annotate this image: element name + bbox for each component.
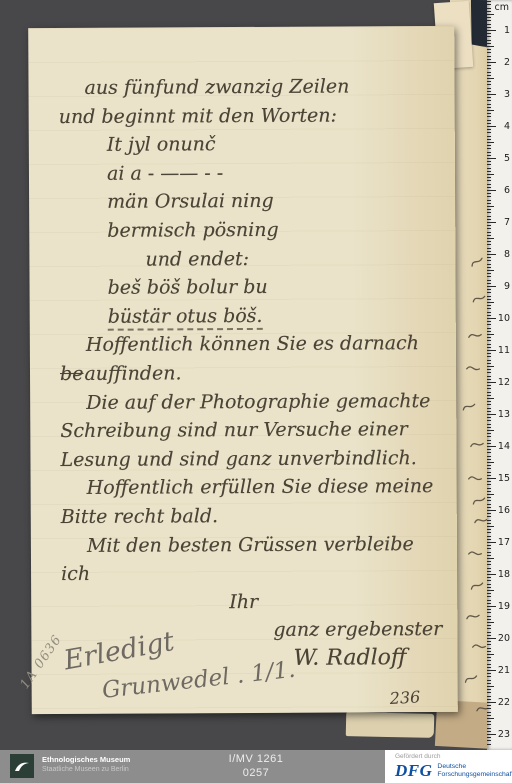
ruler-tick [487,648,491,649]
ruler-number-19: 19 [496,601,510,612]
ruler-tick [487,289,491,290]
ruler-tick [487,308,491,309]
ruler-tick [487,494,494,495]
ruler-tick [487,193,491,194]
ruler-number-1: 1 [496,25,510,36]
ruler-tick [487,292,491,293]
ruler-tick [487,644,491,645]
ruler-tick [487,200,491,201]
ruler-tick [487,216,491,217]
ruler-tick [487,350,496,351]
ruler-tick [487,100,491,101]
ruler-tick [487,708,491,709]
ruler-tick [487,120,491,121]
ruler-tick [487,686,494,687]
ruler-tick [487,622,494,623]
ruler-tick [487,398,494,399]
ruler-tick [487,590,494,591]
ruler-tick [487,187,491,188]
letter-line-text: W. Radloff [293,645,406,671]
ruler-tick [487,46,494,47]
letter-line-1: aus fünfund zwanzig Zeilen [84,72,436,102]
ruler-tick [487,356,491,357]
ruler-tick [487,81,491,82]
ruler-number-21: 21 [496,665,510,676]
ruler-tick [487,500,491,501]
ruler-tick [487,222,496,223]
ruler-tick [487,420,491,421]
ruler-tick [487,203,491,204]
ruler-tick [487,628,491,629]
ruler-tick [487,715,491,716]
ruler-tick [487,331,491,332]
ruler-tick [487,734,496,735]
ruler-tick [487,696,491,697]
ruler-tick [487,337,491,338]
ruler-tick [487,664,491,665]
ruler-tick [487,520,491,521]
ruler-tick [487,692,491,693]
ruler-tick [487,382,496,383]
ruler-tick [487,385,491,386]
ruler-tick [487,568,491,569]
ruler-tick [487,587,491,588]
ruler-tick [487,75,491,76]
ruler-tick [487,472,491,473]
ruler-tick [487,510,496,511]
ruler-tick [487,264,491,265]
struck-text: be [60,363,84,385]
letter-line-11: beauffinden. [60,358,438,389]
ruler-tick [487,366,494,367]
ruler-tick [487,273,491,274]
dfg-wordmark: DFG [395,761,432,781]
letter-line-text: und endet: [145,248,249,271]
letter-line-text: büstär otus böš. [108,305,263,331]
ruler-tick [487,488,491,489]
ruler-tick [487,267,491,268]
ruler-tick [487,248,491,249]
ink-fragment [467,326,484,345]
ruler-tick [487,344,491,345]
manuscript-scan: cm 1234567891011121314151617181920212223… [0,0,512,783]
ruler-tick [487,174,494,175]
ruler-tick [487,164,491,165]
ruler-tick [487,305,491,306]
ruler-tick [487,136,491,137]
ruler-tick [487,427,491,428]
ruler-tick [487,456,491,457]
ruler-tick [487,616,491,617]
ink-fragment [471,491,489,511]
ruler-tick [487,449,491,450]
ruler-tick [487,731,491,732]
ruler-tick [487,638,496,639]
letter-line-text: Mit den besten Grüssen verbleibe [87,533,414,557]
letter-line-13: Schreibung sind nur Versuche einer [60,415,438,446]
ruler-tick [487,270,494,271]
ruler-tick [487,379,491,380]
ruler-tick [487,340,491,341]
ruler-tick [487,52,491,53]
ruler-tick [487,8,491,9]
letter-line-17: Mit den besten Grüssen verbleibe [87,529,439,559]
ruler-tick [487,689,491,690]
ruler-tick [487,712,491,713]
ruler-tick [487,600,491,601]
ruler-tick [487,276,491,277]
ruler-tick [487,603,491,604]
ruler-tick [487,548,491,549]
ruler-tick [487,65,491,66]
ruler-tick [487,27,491,28]
ruler-number-20: 20 [496,633,510,644]
ruler-tick [487,40,491,41]
ruler-tick [487,244,491,245]
ruler-tick [487,68,491,69]
ruler-tick [487,705,491,706]
ink-fragment [469,576,487,596]
ruler-tick [487,401,491,402]
ink-fragment [471,289,488,309]
letter-line-5: män Orsulai ning [107,186,437,216]
ruler-tick [487,238,494,239]
ruler-tick [487,36,491,37]
ruler-tick [487,619,491,620]
ruler-tick [487,360,491,361]
ruler-tick [487,606,496,607]
ruler-tick [487,113,491,114]
ruler-tick [487,497,491,498]
ruler-tick [487,376,491,377]
ruler-tick [487,593,491,594]
ruler-tick [487,145,491,146]
ruler-tick [487,673,491,674]
ruler-tick [487,328,491,329]
letter-line-2: und beginnt mit den Worten: [59,101,437,132]
ruler-tick [487,296,491,297]
letter-line-text: bermisch pösning [107,219,278,242]
ruler-tick [487,11,491,12]
ruler-tick [487,232,491,233]
ruler-number-17: 17 [496,537,510,548]
ruler-tick [487,206,494,207]
ruler-number-6: 6 [496,185,510,196]
ruler-tick [487,532,491,533]
ruler-tick [487,241,491,242]
ruler-tick [487,155,491,156]
ruler-tick [487,529,491,530]
letter-line-12: Die auf der Photographie gemachte [86,387,438,417]
ruler-tick [487,184,491,185]
letter-line-16: Bitte recht bald. [61,501,439,532]
ruler-tick [487,446,496,447]
ruler-tick [487,491,491,492]
ruler-tick [487,104,491,105]
ruler-tick [487,123,491,124]
ruler-number-14: 14 [496,441,510,452]
ruler-tick [487,62,496,63]
ruler-number-3: 3 [496,89,510,100]
ruler-tick [487,88,491,89]
letter-line-3: It jyl onunč [107,129,437,159]
dfg-full-name: Deutsche Forschungsgemeinschaft [437,763,512,779]
ruler-tick [487,552,491,553]
ruler-tick [487,158,496,159]
ruler-tick [487,683,491,684]
ruler-tick [487,180,491,181]
letter-line-text: män Orsulai ning [107,190,274,213]
letter-line-text: ich [61,563,90,585]
ruler-tick [487,33,491,34]
ruler-number-8: 8 [496,249,510,260]
letter-line-text: ganz ergebenster [273,618,442,641]
ruler-tick [487,580,491,581]
ruler-tick [487,43,491,44]
letter-line-text: aus fünfund zwanzig Zeilen [84,75,349,98]
ruler-number-4: 4 [496,121,510,132]
ruler-number-22: 22 [496,697,510,708]
ruler-tick [487,523,491,524]
ruler-tick [487,91,491,92]
letter-line-text: Ihr [229,591,258,613]
ruler-tick [487,126,496,127]
letter-line-14: Lesung und sind ganz unverbindlich. [60,444,438,475]
ruler-tick [487,718,494,719]
dfg-name-line1: Deutsche [437,763,512,771]
ruler-tick [487,369,491,370]
ruler-tick [487,49,491,50]
letter-line-text: ai a - —— - - [107,162,223,185]
ruler-tick [487,388,491,389]
ruler-tick [487,632,491,633]
letter-line-6: bermisch pösning [107,215,437,245]
ruler-tick [487,504,491,505]
ruler-tick [487,1,491,2]
ruler-number-16: 16 [496,505,510,516]
ruler-tick [487,286,496,287]
ruler-tick [487,363,491,364]
letter-line-text: Bitte recht bald. [61,505,218,528]
ruler-tick [487,78,494,79]
ruler-tick [487,324,491,325]
letter-line-15: Hoffentlich erfüllen Sie diese meine [87,472,439,502]
ruler-tick [487,254,496,255]
ruler-tick [487,436,491,437]
ruler-tick [487,190,496,191]
ruler-tick [487,440,491,441]
ruler-tick [487,110,494,111]
ruler-tick [487,584,491,585]
ruler-tick [487,392,491,393]
ruler-number-15: 15 [496,473,510,484]
ruler-tick [487,481,491,482]
ruler-tick [487,452,491,453]
ruler-tick [487,721,491,722]
ruler-tick [487,395,491,396]
letter-line-text: Die auf der Photographie gemachte [86,390,430,414]
ruler-tick [487,334,494,335]
bottom-page-edge [346,712,434,738]
ruler-tick [487,353,491,354]
ruler-tick [487,542,496,543]
ruler-number-23: 23 [496,729,510,740]
ruler-tick [487,513,491,514]
ruler-tick [487,142,494,143]
ruler-tick [487,219,491,220]
letter-line-19: Ihr [229,587,439,617]
ruler-number-11: 11 [496,345,510,356]
letter-line-text: beš böš bolur bu [108,276,268,299]
ruler-tick [487,475,491,476]
ruler-tick [487,596,491,597]
ruler-tick [487,577,491,578]
ruler-tick [487,14,494,15]
ruler-tick [487,59,491,60]
ruler-tick [487,312,491,313]
ruler-tick [487,302,494,303]
ruler-number-12: 12 [496,377,510,388]
letter-line-21: W. Radloff [293,644,439,673]
ruler-tick [487,635,491,636]
ruler-tick [487,536,491,537]
ruler-tick [487,283,491,284]
margin-inventory-note: 1A 0636 [17,633,65,692]
ruler-number-5: 5 [496,153,510,164]
ruler-tick [487,30,496,31]
ruler-unit-label: cm [495,2,509,13]
ruler-tick [487,609,491,610]
ruler-tick [487,702,496,703]
ruler-tick [487,225,491,226]
ruler-tick [487,699,491,700]
letter-page: aus fünfund zwanzig Zeilenund beginnt mi… [28,26,458,714]
ruler-tick [487,148,491,149]
ruler-tick [487,20,491,21]
ruler-tick [487,212,491,213]
funding-label: Gefördert durch [395,753,441,760]
ruler-tick [487,728,491,729]
dfg-funding-panel: Gefördert durch DFG Deutsche Forschungsg… [385,750,512,783]
ruler-tick [487,539,491,540]
ruler-tick [487,168,491,169]
ruler-tick [487,132,491,133]
dfg-logo: DFG Deutsche Forschungsgemeinschaft [395,761,512,781]
ruler-tick [487,139,491,140]
ruler-tick [487,468,491,469]
ruler-number-9: 9 [496,281,510,292]
ruler-tick [487,321,491,322]
ink-fragment [462,669,480,690]
ink-fragment [466,608,482,627]
ruler-tick [487,414,496,415]
ruler-tick [487,196,491,197]
ruler-tick [487,555,491,556]
ruler-tick [487,299,491,300]
page-number: 236 [389,687,421,708]
ruler-tick [487,251,491,252]
letter-line-text: und beginnt mit den Worten: [59,104,337,127]
ruler-tick [487,724,491,725]
ruler-tick [487,612,491,613]
ruler-tick [487,260,491,261]
letter-line-text: Hoffentlich können Sie es darnach [86,332,419,356]
ruler-tick [487,676,491,677]
ruler-tick [487,171,491,172]
ruler-tick [487,107,491,108]
letter-line-9: büstär otus böš. [108,301,438,331]
letter-line-text: Schreibung sind nur Versuche einer [60,418,407,442]
ruler-tick [487,372,491,373]
ruler-tick [487,228,491,229]
ruler-tick [487,462,494,463]
ruler-tick [487,411,491,412]
handwritten-letter-body: aus fünfund zwanzig Zeilenund beginnt mi… [58,72,439,674]
letter-line-4: ai a - —— - - [107,158,437,188]
letter-line-text: Lesung und sind ganz unverbindlich. [60,447,416,471]
ruler-number-10: 10 [496,313,510,324]
ruler-tick [487,651,491,652]
ruler-tick [487,152,491,153]
ruler-tick [487,443,491,444]
letter-line-text: auffinden. [84,362,181,385]
ruler-number-2: 2 [496,57,510,68]
ruler-tick [487,209,491,210]
ruler-tick [487,404,491,405]
ruler-tick [487,654,494,655]
ruler-tick [487,24,491,25]
ruler-tick [487,430,494,431]
ruler-number-13: 13 [496,409,510,420]
ruler-tick [487,657,491,658]
ruler-tick [487,670,496,671]
ruler-tick [487,667,491,668]
ruler-tick [487,408,491,409]
ruler-tick [487,545,491,546]
letter-line-text: It jyl onunč [107,133,216,156]
ruler-tick [487,680,491,681]
letter-line-8: beš böš bolur bu [107,272,437,302]
ruler-tick [487,561,491,562]
ruler-tick [487,433,491,434]
ruler-tick [487,4,491,5]
ink-fragment [461,397,478,417]
ruler-tick [487,280,491,281]
ruler-tick [487,526,494,527]
ruler-tick [487,558,494,559]
ruler-tick [487,465,491,466]
ruler-tick [487,161,491,162]
ruler-tick [487,424,491,425]
ruler-tick [487,94,496,95]
ruler-tick [487,571,491,572]
letter-line-7: und endet: [145,244,437,274]
ruler-tick [487,116,491,117]
ruler-tick [487,484,491,485]
dfg-name-line2: Forschungsgemeinschaft [437,771,512,779]
ruler-tick [487,660,491,661]
letter-line-10: Hoffentlich können Sie es darnach [86,329,438,359]
ink-fragment [469,435,486,454]
metadata-footer-bar: Ethnologisches Museum Staatliche Museen … [0,750,512,783]
ruler-tick [487,744,491,745]
ruler-tick [487,641,491,642]
ruler-tick [487,129,491,130]
ruler-tick [487,17,491,18]
ruler-tick [487,459,491,460]
ruler-tick [487,507,491,508]
ruler-tick [487,417,491,418]
